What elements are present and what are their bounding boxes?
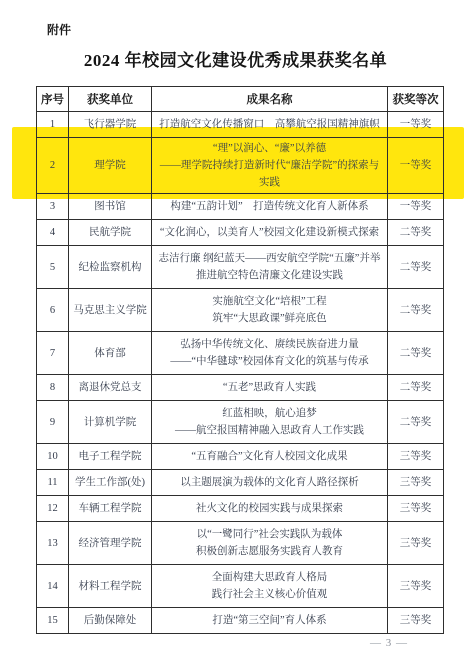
row-number-cell: 9 — [37, 401, 69, 444]
award-level-cell: 二等奖 — [388, 332, 444, 375]
table-row: 7 体育部 弘扬中华传统文化、赓续民族奋进力量——“中华毽球”校园体育文化的筑基… — [37, 332, 444, 375]
achievement-name-cell: 社火文化的校园实践与成果探索 — [152, 496, 388, 522]
row-number-cell: 5 — [37, 246, 69, 289]
award-unit-cell: 体育部 — [69, 332, 152, 375]
achievement-name-cell: 以主题展演为载体的文化育人路径探析 — [152, 470, 388, 496]
award-level-cell: 二等奖 — [388, 246, 444, 289]
table-row: 14 材料工程学院 全面构建大思政育人格局践行社会主义核心价值观 三等奖 — [37, 565, 444, 608]
award-level-cell: 三等奖 — [388, 496, 444, 522]
achievement-name-cell: 弘扬中华传统文化、赓续民族奋进力量——“中华毽球”校园体育文化的筑基与传承 — [152, 332, 388, 375]
achievement-name-line: 推进航空特色清廉文化建设实践 — [154, 267, 385, 284]
achievement-name-line: 弘扬中华传统文化、赓续民族奋进力量 — [154, 336, 385, 353]
award-unit-cell: 材料工程学院 — [69, 565, 152, 608]
achievement-name-line: 筑牢“大思政课”鲜亮底色 — [154, 310, 385, 327]
awards-table: 序号获奖单位成果名称获奖等次 1 飞行器学院 打造航空文化传播窗口 高攀航空报国… — [36, 86, 444, 634]
achievement-name-line: 积极创新志愿服务实践育人教育 — [154, 543, 385, 560]
table-row: 9 计算机学院 红蓝相映，航心追梦——航空报国精神融入思政育人工作实践 二等奖 — [37, 401, 444, 444]
row-number-cell: 1 — [37, 112, 69, 138]
row-number-cell: 8 — [37, 375, 69, 401]
achievement-name-line: 实施航空文化“培根”工程 — [154, 293, 385, 310]
row-number-cell: 7 — [37, 332, 69, 375]
achievement-name-cell: 全面构建大思政育人格局践行社会主义核心价值观 — [152, 565, 388, 608]
table-row: 2 理学院 “理”以润心、“廉”以养德——理学院持续打造新时代“廉洁学院”的探索… — [37, 138, 444, 194]
achievement-name-line: 志洁行廉 纲纪蓝天——西安航空学院“五廉”并举 — [154, 250, 385, 267]
attachment-label: 附件 — [47, 21, 71, 38]
column-header: 获奖等次 — [388, 87, 444, 112]
achievement-name-cell: “五老”思政育人实践 — [152, 375, 388, 401]
table-row: 15 后勤保障处 打造“第三空间”育人体系 三等奖 — [37, 608, 444, 634]
achievement-name-line: “五老”思政育人实践 — [154, 379, 385, 396]
achievement-name-line: 构建“五韵计划” 打造传统文化育人新体系 — [154, 198, 385, 215]
achievement-name-line: “理”以润心、“廉”以养德 — [154, 140, 385, 157]
achievement-name-cell: 志洁行廉 纲纪蓝天——西安航空学院“五廉”并举推进航空特色清廉文化建设实践 — [152, 246, 388, 289]
award-unit-cell: 后勤保障处 — [69, 608, 152, 634]
achievement-name-line: 红蓝相映，航心追梦 — [154, 405, 385, 422]
row-number-cell: 2 — [37, 138, 69, 194]
table-row: 8 离退休党总支 “五老”思政育人实践 二等奖 — [37, 375, 444, 401]
award-level-cell: 一等奖 — [388, 194, 444, 220]
page-title: 2024 年校园文化建设优秀成果获奖名单 — [0, 46, 471, 71]
achievement-name-cell: 以“一鹭同行”社会实践队为载体积极创新志愿服务实践育人教育 — [152, 522, 388, 565]
award-unit-cell: 民航学院 — [69, 220, 152, 246]
award-level-cell: 三等奖 — [388, 522, 444, 565]
row-number-cell: 4 — [37, 220, 69, 246]
row-number-cell: 12 — [37, 496, 69, 522]
row-number-cell: 6 — [37, 289, 69, 332]
achievement-name-line: ——“中华毽球”校园体育文化的筑基与传承 — [154, 353, 385, 370]
table-row: 12 车辆工程学院 社火文化的校园实践与成果探索 三等奖 — [37, 496, 444, 522]
achievement-name-line: 以“一鹭同行”社会实践队为载体 — [154, 526, 385, 543]
achievement-name-line: ——理学院持续打造新时代“廉洁学院”的探索与 — [154, 157, 385, 174]
table-row: 13 经济管理学院 以“一鹭同行”社会实践队为载体积极创新志愿服务实践育人教育 … — [37, 522, 444, 565]
achievement-name-cell: “五育融合”文化育人校园文化成果 — [152, 444, 388, 470]
achievement-name-line: 全面构建大思政育人格局 — [154, 569, 385, 586]
award-unit-cell: 车辆工程学院 — [69, 496, 152, 522]
award-level-cell: 一等奖 — [388, 112, 444, 138]
column-header: 序号 — [37, 87, 69, 112]
achievement-name-line: “五育融合”文化育人校园文化成果 — [154, 448, 385, 465]
award-level-cell: 三等奖 — [388, 565, 444, 608]
achievement-name-line: 打造航空文化传播窗口 高攀航空报国精神旗帜 — [154, 116, 385, 133]
achievement-name-cell: 红蓝相映，航心追梦——航空报国精神融入思政育人工作实践 — [152, 401, 388, 444]
page-number: — 3 — — [370, 637, 408, 649]
achievement-name-line: ——航空报国精神融入思政育人工作实践 — [154, 422, 385, 439]
table-row: 11 学生工作部(处) 以主题展演为载体的文化育人路径探析 三等奖 — [37, 470, 444, 496]
row-number-cell: 13 — [37, 522, 69, 565]
achievement-name-cell: 打造“第三空间”育人体系 — [152, 608, 388, 634]
column-header: 成果名称 — [152, 87, 388, 112]
table-row: 5 纪检监察机构 志洁行廉 纲纪蓝天——西安航空学院“五廉”并举推进航空特色清廉… — [37, 246, 444, 289]
row-number-cell: 15 — [37, 608, 69, 634]
award-unit-cell: 图书馆 — [69, 194, 152, 220]
achievement-name-line: “文化润心，以美育人”校园文化建设新模式探索 — [154, 224, 385, 241]
achievement-name-line: 以主题展演为载体的文化育人路径探析 — [154, 474, 385, 491]
achievement-name-line: 践行社会主义核心价值观 — [154, 586, 385, 603]
award-unit-cell: 离退休党总支 — [69, 375, 152, 401]
award-unit-cell: 经济管理学院 — [69, 522, 152, 565]
table-header-row: 序号获奖单位成果名称获奖等次 — [37, 87, 444, 112]
table-row: 10 电子工程学院 “五育融合”文化育人校园文化成果 三等奖 — [37, 444, 444, 470]
achievement-name-cell: 构建“五韵计划” 打造传统文化育人新体系 — [152, 194, 388, 220]
award-unit-cell: 理学院 — [69, 138, 152, 194]
achievement-name-cell: 实施航空文化“培根”工程筑牢“大思政课”鲜亮底色 — [152, 289, 388, 332]
table-row: 4 民航学院 “文化润心，以美育人”校园文化建设新模式探索 二等奖 — [37, 220, 444, 246]
award-unit-cell: 马克思主义学院 — [69, 289, 152, 332]
row-number-cell: 10 — [37, 444, 69, 470]
achievement-name-line: 打造“第三空间”育人体系 — [154, 612, 385, 629]
award-unit-cell: 学生工作部(处) — [69, 470, 152, 496]
achievement-name-line: 社火文化的校园实践与成果探索 — [154, 500, 385, 517]
achievement-name-cell: “理”以润心、“廉”以养德——理学院持续打造新时代“廉洁学院”的探索与实践 — [152, 138, 388, 194]
award-level-cell: 三等奖 — [388, 470, 444, 496]
award-level-cell: 二等奖 — [388, 401, 444, 444]
award-unit-cell: 纪检监察机构 — [69, 246, 152, 289]
row-number-cell: 3 — [37, 194, 69, 220]
column-header: 获奖单位 — [69, 87, 152, 112]
award-level-cell: 二等奖 — [388, 220, 444, 246]
award-level-cell: 二等奖 — [388, 375, 444, 401]
document-page: 附件 2024 年校园文化建设优秀成果获奖名单 序号获奖单位成果名称获奖等次 1… — [0, 0, 471, 668]
award-level-cell: 三等奖 — [388, 608, 444, 634]
table-row: 1 飞行器学院 打造航空文化传播窗口 高攀航空报国精神旗帜 一等奖 — [37, 112, 444, 138]
table-row: 3 图书馆 构建“五韵计划” 打造传统文化育人新体系 一等奖 — [37, 194, 444, 220]
row-number-cell: 14 — [37, 565, 69, 608]
award-unit-cell: 电子工程学院 — [69, 444, 152, 470]
achievement-name-cell: “文化润心，以美育人”校园文化建设新模式探索 — [152, 220, 388, 246]
achievement-name-line: 实践 — [154, 174, 385, 191]
table-row: 6 马克思主义学院 实施航空文化“培根”工程筑牢“大思政课”鲜亮底色 二等奖 — [37, 289, 444, 332]
award-level-cell: 一等奖 — [388, 138, 444, 194]
achievement-name-cell: 打造航空文化传播窗口 高攀航空报国精神旗帜 — [152, 112, 388, 138]
award-level-cell: 二等奖 — [388, 289, 444, 332]
award-unit-cell: 计算机学院 — [69, 401, 152, 444]
award-level-cell: 三等奖 — [388, 444, 444, 470]
row-number-cell: 11 — [37, 470, 69, 496]
award-unit-cell: 飞行器学院 — [69, 112, 152, 138]
